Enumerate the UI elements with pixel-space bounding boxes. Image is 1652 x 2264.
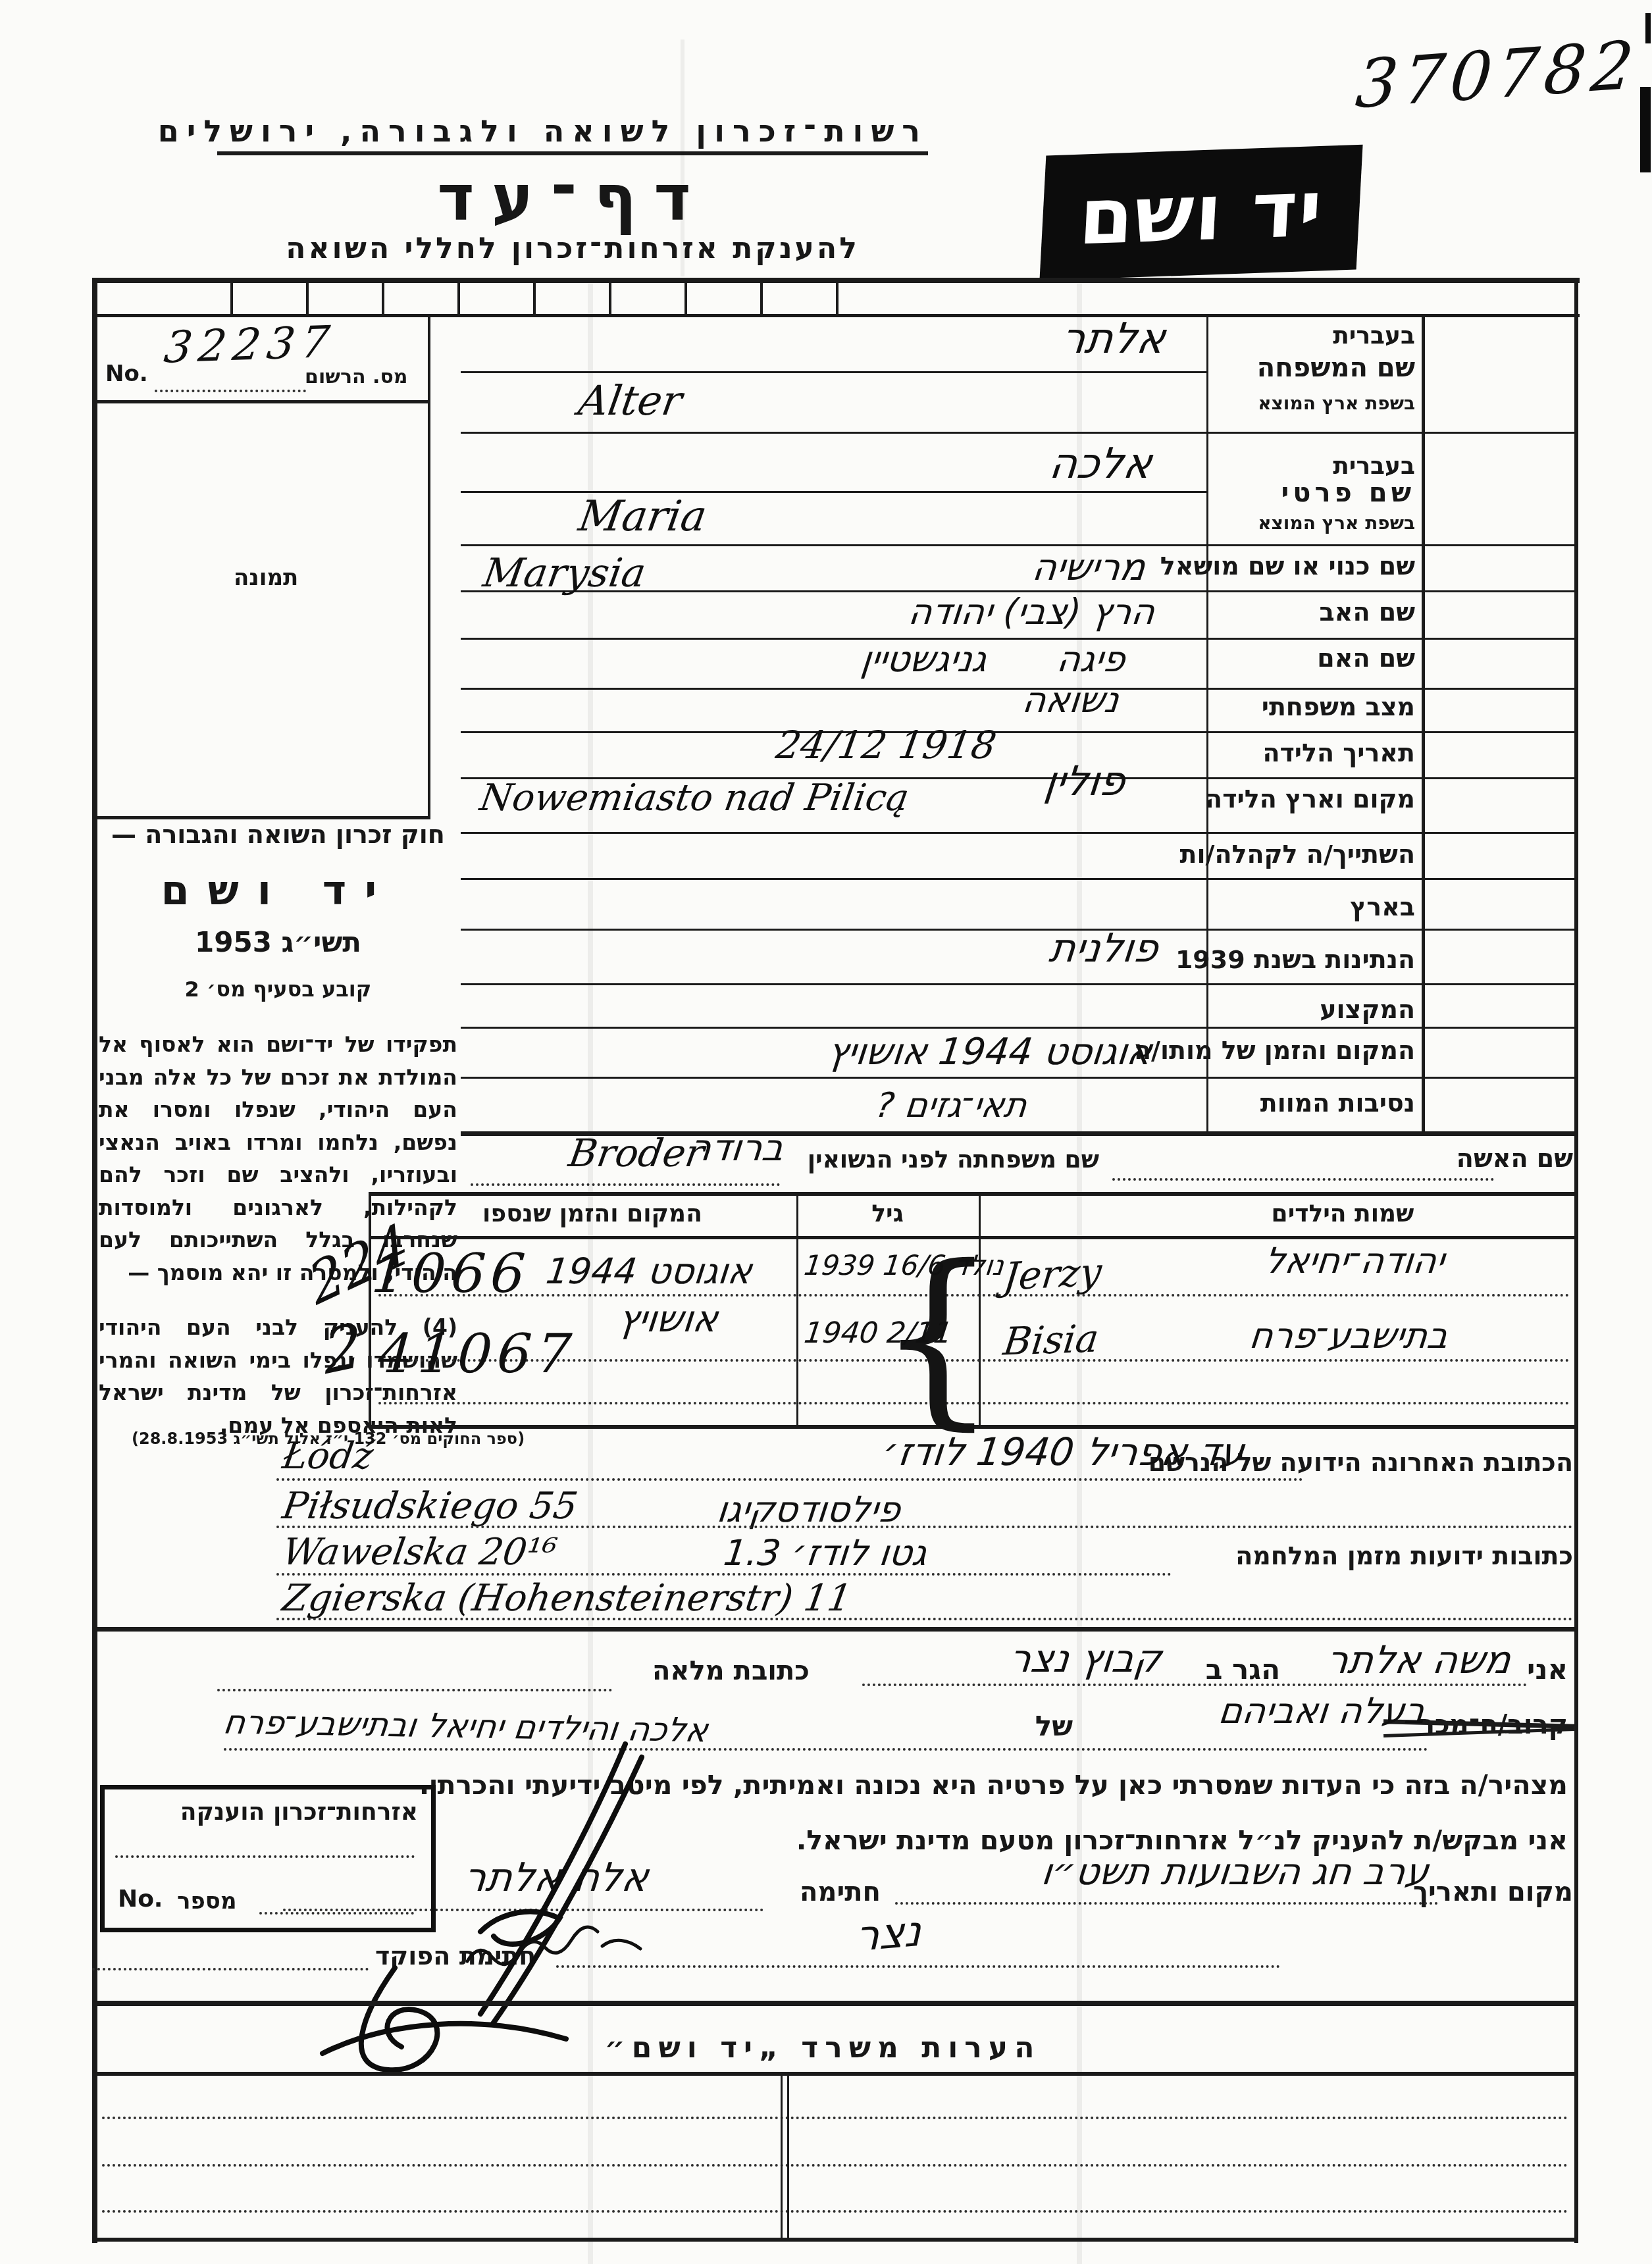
field-midline — [461, 491, 1206, 493]
hw-address-3-latin: Wawelska 20¹⁶ — [280, 1531, 559, 1574]
maiden-dotted-line — [471, 1183, 780, 1186]
resides-label: הגר ב — [1206, 1653, 1280, 1685]
logo-text: יד ושם — [1077, 163, 1325, 263]
signature-label: חתימה — [800, 1877, 881, 1907]
address-dotted-2 — [276, 1526, 1573, 1528]
no-label: No. — [105, 361, 148, 387]
hw-nickname-latin: Marysia — [480, 550, 649, 596]
authority-line: רשות־זכרון לשואה ולגבורה, ירושלים — [217, 113, 928, 149]
hw-address-2-he: פילסודסקיגו — [715, 1489, 903, 1530]
scan-artifact — [1640, 87, 1651, 172]
hw-camp-number-1: 1066 — [370, 1243, 532, 1305]
office-notes-heading: הערות משרד „יד ושם״ — [461, 2031, 1185, 2065]
hw-address-3-he: גטו לודז׳ 1.3 — [721, 1532, 929, 1574]
hw-address-1-latin: Łódź — [280, 1435, 376, 1478]
field-label-mother: שם האם — [1317, 644, 1415, 673]
hw-mother-name: פיגה גניגשטיין — [859, 638, 1128, 680]
hw-nickname-he: מרישיה — [1030, 546, 1148, 589]
hw-child-age-2: 2/11 1940 — [802, 1316, 954, 1350]
clerk-signature-squiggle — [461, 1925, 671, 1978]
hw-child-name-he-2: בתישבע־פרח — [1247, 1315, 1451, 1356]
field-label-citizenship: הנתינות בשנת 1939 — [1175, 945, 1415, 974]
hw-first-name-he: אלכה — [1047, 440, 1155, 488]
tick — [457, 279, 460, 314]
children-table-top — [369, 1192, 1576, 1196]
field-separator — [461, 1027, 1576, 1029]
full-address-label: כתובת מלאה — [652, 1656, 810, 1686]
hw-birthplace-latin: Nowemiasto nad Pilicą — [477, 777, 912, 819]
fold-line — [681, 39, 684, 276]
field-label-nickname: שם כנוי או שם מושאל — [1160, 552, 1415, 580]
field-label-lang-1: בעברית — [1333, 322, 1415, 349]
field-separator — [461, 983, 1576, 985]
field-label-family-name: שם המשפחה — [1257, 353, 1415, 383]
hw-death-place-time: אוגוסט 1944 אושויץ — [825, 1031, 1154, 1073]
grant-box-number-label: מספר — [177, 1888, 237, 1915]
form-right-border — [1574, 278, 1578, 2243]
signing-dotted — [895, 1902, 1438, 1905]
testimony-page: רשות־זכרון לשואה ולגבורה, ירושלים דף־עד … — [0, 0, 1652, 2264]
photo-label: תמונה — [234, 565, 298, 591]
notes-center-divider — [781, 2072, 783, 2238]
declaration-dotted — [217, 1689, 612, 1691]
notes-box-top — [92, 2072, 1578, 2076]
hw-address-1-he: עד אפריל 1940 לודז׳ — [880, 1429, 1247, 1474]
hw-death-cause: תאי־גזים ? — [873, 1086, 1029, 1125]
hw-child-name-he-1: יהודה־יחיאל — [1263, 1240, 1447, 1281]
section-thick-line — [92, 1627, 1578, 1632]
grant-box-title: אזרחות־זכרון הוענקה — [180, 1799, 418, 1826]
field-separator — [461, 878, 1576, 880]
hw-child-name-latin-1: Jerzy — [1002, 1249, 1104, 1299]
form-left-border — [92, 278, 97, 2243]
hw-child-name-latin-2: Bisia — [1001, 1316, 1101, 1364]
notes-center-divider — [787, 2072, 789, 2238]
field-sublabel-1: בשפת ארץ המוצא — [1258, 392, 1415, 414]
field-label-community: השתייך/ה לקהלה/ות — [1180, 840, 1415, 869]
tick — [306, 279, 309, 314]
notes-divider — [92, 2001, 1578, 2006]
hw-child-place-2: אושויץ — [616, 1298, 720, 1341]
notes-dotted — [102, 2210, 1568, 2213]
tick — [684, 279, 687, 314]
grant-box-dotted — [115, 1855, 415, 1858]
children-header-age: גיל — [796, 1200, 979, 1227]
field-label-birthplace: מקום וארץ הלידה — [1205, 785, 1415, 813]
i-label: אני — [1527, 1653, 1568, 1685]
hw-family-name-he: אלתר — [1058, 315, 1168, 363]
hw-camp-number-margin-2: 2 — [323, 1309, 364, 1388]
field-label-death-cause: נסיבות המוות — [1260, 1089, 1415, 1118]
hw-maiden-name-latin: Broder — [566, 1131, 708, 1175]
hw-place-below: נצר — [855, 1907, 922, 1961]
registration-label: מס. הרשום — [305, 365, 408, 388]
address-dotted-4 — [276, 1618, 1573, 1620]
hw-citizenship: פולנית — [1047, 925, 1161, 971]
field-separator — [461, 688, 1576, 690]
tick — [230, 279, 233, 314]
declaration-dotted — [862, 1684, 1527, 1686]
registration-row-line — [92, 400, 430, 403]
serial-number-handwritten: 370782 — [1353, 26, 1641, 124]
citizenship-grant-box: אזרחות־זכרון הוענקה No. מספר — [100, 1785, 436, 1932]
field-label-marital: מצב משפחתי — [1262, 692, 1415, 721]
scan-artifact — [1645, 13, 1651, 43]
wife-dotted-line — [1112, 1178, 1494, 1181]
field-separator — [461, 731, 1576, 733]
notes-dotted — [102, 2164, 1568, 2167]
of-label: של — [1035, 1710, 1073, 1742]
field-separator — [461, 929, 1576, 931]
law-heading: חוק זכרון השואה והגבורה — — [99, 820, 457, 849]
law-clause: קובע בסעיף מס׳ 2 — [99, 977, 457, 1002]
field-sublabel-2: בשפת ארץ המוצא — [1258, 512, 1415, 534]
hw-marital-status: נשואה — [1020, 679, 1122, 721]
hw-birthplace-he: פולין — [1043, 757, 1129, 805]
yad-vashem-stamp-logo: יד ושם — [1039, 145, 1362, 281]
field-midline — [461, 371, 1206, 373]
field-label-profession: המקצוע — [1320, 995, 1415, 1024]
form-subtitle: להענקת אזרחות־זכרון לחללי השואה — [217, 232, 928, 265]
tick — [533, 279, 536, 314]
hw-relationship: בעלה ואביהם — [1216, 1690, 1428, 1732]
maiden-name-label: שם משפחתה לפני הנשואין — [808, 1146, 1099, 1173]
hw-birthdate: 24/12 1918 — [773, 723, 1000, 767]
hw-first-name-latin: Maria — [575, 492, 710, 541]
children-header-place: המקום והזמן שנספו — [408, 1200, 777, 1227]
tick — [382, 279, 384, 314]
field-label-first-name: שם פרטי — [1281, 478, 1415, 508]
label-column-left-line — [1206, 314, 1208, 1131]
grant-box-no-label: No. — [118, 1886, 163, 1913]
authority-underline — [217, 151, 928, 155]
field-separator — [461, 432, 1576, 434]
field-separator — [461, 544, 1576, 546]
children-header-names: שמות הילדים — [1158, 1200, 1527, 1227]
law-year: תשי״ג 1953 — [99, 926, 457, 958]
field-label-death-place-time: המקום והזמן של מותו/ה — [1134, 1036, 1415, 1065]
hw-declarant-name: משה אלתר — [1324, 1637, 1513, 1682]
hw-father-name: הרץ (צבי) יהודה — [907, 591, 1158, 632]
registration-dotted-line — [155, 390, 306, 392]
hw-family-name-latin: Alter — [575, 376, 685, 424]
field-label-lang-2: בעברית — [1333, 453, 1415, 480]
field-label-father: שם האב — [1320, 598, 1415, 627]
war-addresses-label: כתובות ידועות מזמן המלחמה — [1235, 1541, 1573, 1570]
field-label-birthdate: תאריך הלידה — [1262, 738, 1415, 767]
tick — [760, 279, 763, 314]
form-title: דף־עד — [217, 161, 928, 235]
wife-name-label: שם האשה — [1457, 1144, 1573, 1173]
hw-residence: קבוץ נצר — [1007, 1636, 1164, 1681]
photo-box-bottom-line — [95, 816, 430, 819]
address-dotted-1 — [276, 1478, 1303, 1481]
hw-child-place-1: אוגוסט 1944 — [544, 1250, 754, 1292]
field-separator — [461, 1077, 1576, 1079]
law-name: יד ושם — [99, 866, 457, 914]
hw-address-4-latin: Zgierska (Hohensteinerstr) 11 — [280, 1577, 855, 1620]
hw-address-2-latin: Piłsudskiego 55 — [280, 1485, 581, 1528]
field-label-country: בארץ — [1350, 892, 1415, 921]
hw-camp-number-2: 41067 — [376, 1323, 579, 1385]
photo-box-right-border — [428, 314, 430, 816]
tick — [836, 279, 839, 314]
hw-place-date: ערב חג השבועות תשט״ו — [1039, 1851, 1431, 1893]
hw-child-age-1: נולד 16/6 1939 — [802, 1249, 1006, 1281]
registration-number-handwritten: 32237 — [161, 316, 338, 373]
address-dotted-3 — [276, 1573, 1172, 1576]
label-column-right-line — [1422, 314, 1425, 1131]
notes-box-bottom — [92, 2238, 1578, 2242]
field-separator — [461, 832, 1576, 834]
grant-box-dotted — [259, 1912, 414, 1915]
notes-dotted — [102, 2117, 1568, 2119]
tick — [609, 279, 611, 314]
